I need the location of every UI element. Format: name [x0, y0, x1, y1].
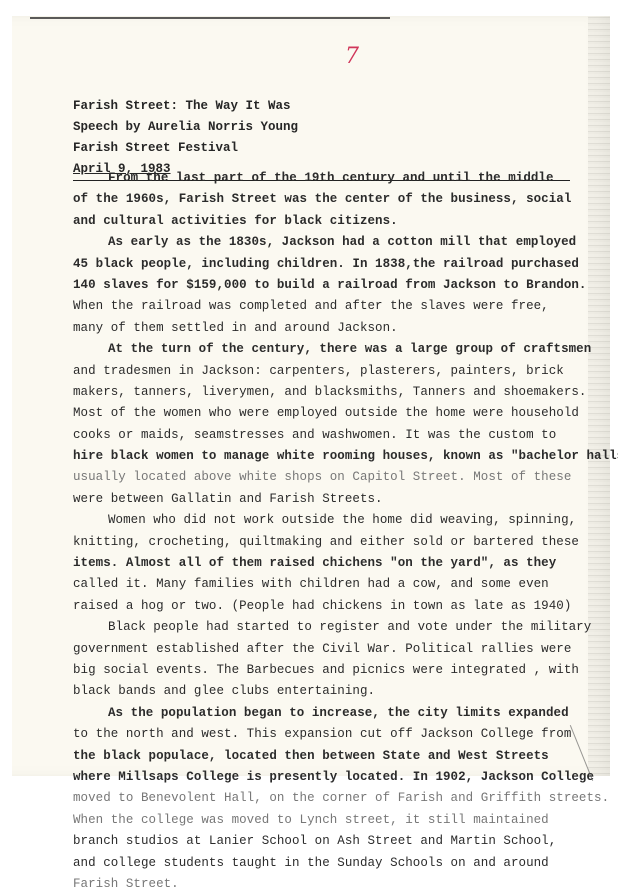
text-line: Most of the women who were employed outs…: [73, 403, 593, 424]
document-title: Farish Street: The Way It Was: [73, 96, 573, 117]
text-line: Black people had started to register and…: [73, 617, 593, 638]
page-top-edge: [30, 17, 390, 19]
text-line: As the population began to increase, the…: [73, 703, 593, 724]
text-line: to the north and west. This expansion cu…: [73, 724, 593, 745]
text-line: Women who did not work outside the home …: [73, 510, 593, 531]
text-line: were between Gallatin and Farish Streets…: [73, 489, 593, 510]
text-line: black bands and glee clubs entertaining.: [73, 681, 593, 702]
text-line: many of them settled in and around Jacks…: [73, 318, 593, 339]
text-line: where Millsaps College is presently loca…: [73, 767, 593, 788]
document-page: 7 Farish Street: The Way It Was Speech b…: [12, 16, 610, 776]
text-line: 140 slaves for $159,000 to build a railr…: [73, 275, 593, 296]
text-line: government established after the Civil W…: [73, 639, 593, 660]
text-line: and tradesmen in Jackson: carpenters, pl…: [73, 361, 593, 382]
text-line: At the turn of the century, there was a …: [73, 339, 593, 360]
text-line: of the 1960s, Farish Street was the cent…: [73, 189, 593, 210]
event-line: Farish Street Festival: [73, 138, 573, 159]
text-line: items. Almost all of them raised chichen…: [73, 553, 593, 574]
text-line: usually located above white shops on Cap…: [73, 467, 593, 488]
text-line: hire black women to manage white rooming…: [73, 446, 593, 467]
text-line: As early as the 1830s, Jackson had a cot…: [73, 232, 593, 253]
text-line: knitting, crocheting, quiltmaking and ei…: [73, 532, 593, 553]
text-line: big social events. The Barbecues and pic…: [73, 660, 593, 681]
text-line: 45 black people, including children. In …: [73, 254, 593, 275]
text-line: When the railroad was completed and afte…: [73, 296, 593, 317]
text-line: From the last part of the 19th century a…: [73, 168, 593, 189]
handwritten-page-number: 7: [345, 44, 359, 69]
speaker-line: Speech by Aurelia Norris Young: [73, 117, 573, 138]
text-line: makers, tanners, liverymen, and blacksmi…: [73, 382, 593, 403]
text-line: called it. Many families with children h…: [73, 574, 593, 595]
document-body: From the last part of the 19th century a…: [73, 168, 593, 800]
text-line: raised a hog or two. (People had chicken…: [73, 596, 593, 617]
text-line: and cultural activities for black citize…: [73, 211, 593, 232]
text-line: cooks or maids, seamstresses and washwom…: [73, 425, 593, 446]
text-line: moved to Benevolent Hall, on the corner …: [73, 788, 593, 800]
text-line: the black populace, located then between…: [73, 746, 593, 767]
